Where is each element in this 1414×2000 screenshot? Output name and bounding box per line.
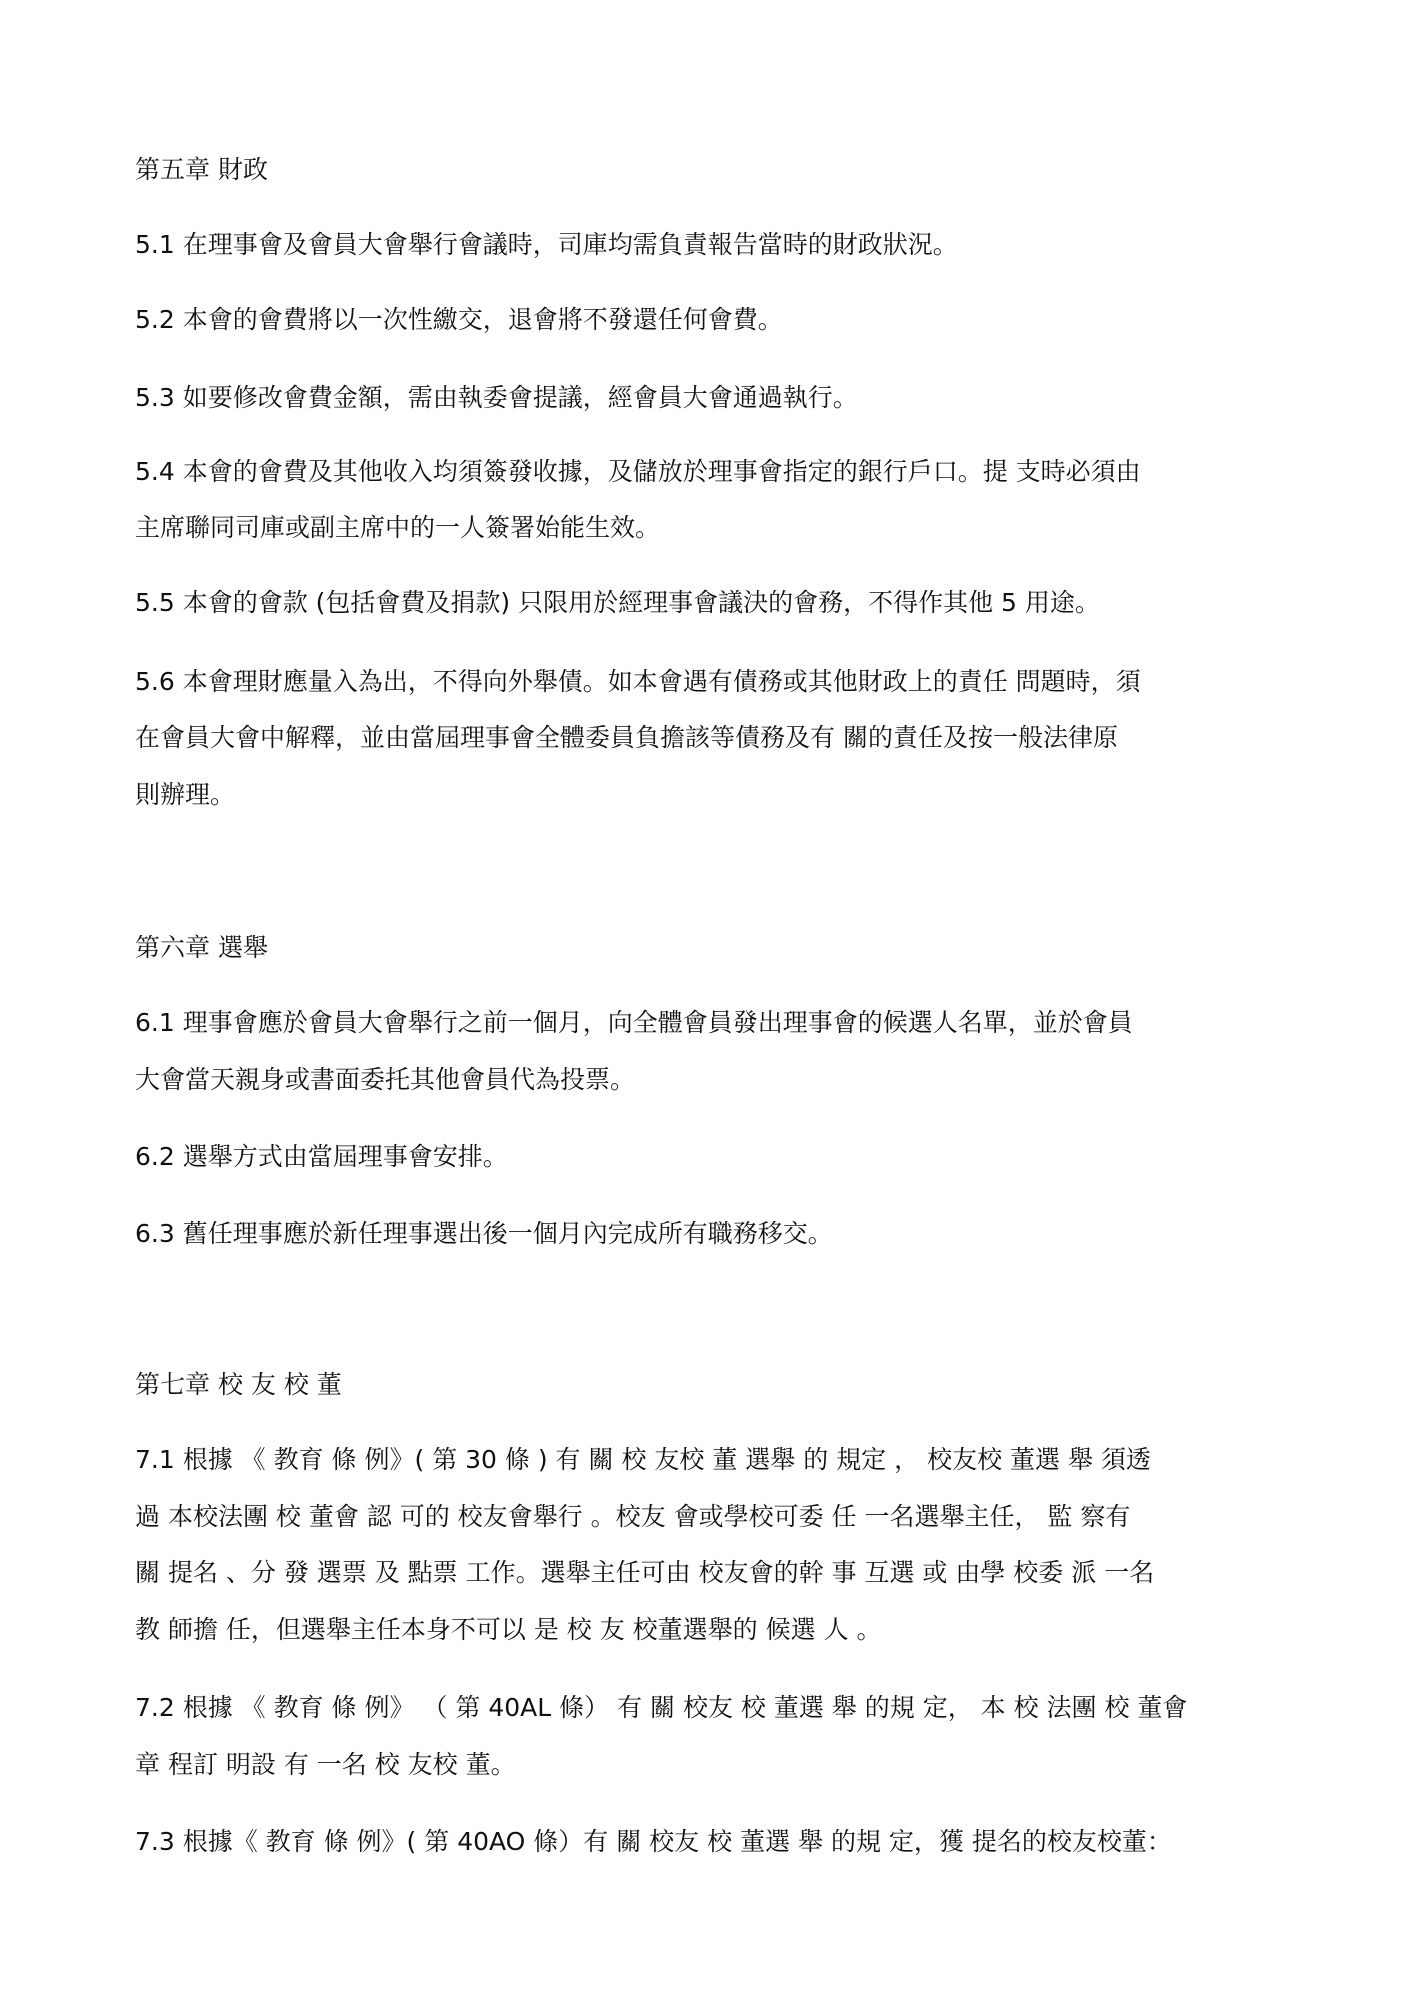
clause-7-1-line-4: 教 師擔 任，但選舉主任本身不可以 是 校 友 校董選舉的 候選 人 。 (135, 1614, 882, 1646)
document-page: 第五章 財政 5.1 在理事會及會員大會舉行會議時，司庫均需負責報告當時的財政狀… (0, 0, 1414, 2000)
clause-6-1-line-2: 大會當天親身或書面委托其他會員代為投票。 (135, 1064, 635, 1096)
clause-5-6-line-1: 5.6 本會理財應量入為出，不得向外舉債。如本會遇有債務或其他財政上的責任 問題… (135, 666, 1141, 698)
clause-7-1-line-1: 7.1 根據 《 教育 條 例》( 第 30 條 ) 有 關 校 友校 董 選舉… (135, 1444, 1151, 1476)
clause-5-6-line-3: 則辦理。 (135, 779, 235, 811)
clause-5-4-line-1: 5.4 本會的會費及其他收入均須簽發收據，及儲放於理事會指定的銀行戶口。提 支時… (135, 456, 1141, 488)
clause-7-1-line-3: 關 提名 、分 發 選票 及 點票 工作。選舉主任可由 校友會的幹 事 互選 或… (135, 1557, 1154, 1589)
chapter-7-title: 第七章 校 友 校 董 (135, 1369, 342, 1401)
clause-7-1-line-2: 過 本校法團 校 董會 認 可的 校友會舉行 。校友 會或學校可委 任 一名選舉… (135, 1501, 1130, 1533)
clause-5-5: 5.5 本會的會款 (包括會費及捐款) 只限用於經理事會議決的會務，不得作其他 … (135, 587, 1100, 619)
clause-5-4-line-2: 主席聯同司庫或副主席中的一人簽署始能生效。 (135, 512, 660, 544)
clause-7-2-line-2: 章 程訂 明設 有 一名 校 友校 董。 (135, 1749, 516, 1781)
clause-6-2: 6.2 選舉方式由當屆理事會安排。 (135, 1141, 508, 1173)
clause-7-2-line-1: 7.2 根據 《 教育 條 例》 （ 第 40AL 條） 有 關 校友 校 董選… (135, 1692, 1187, 1724)
chapter-5-title: 第五章 財政 (135, 154, 268, 186)
clause-5-1: 5.1 在理事會及會員大會舉行會議時，司庫均需負責報告當時的財政狀況。 (135, 229, 958, 261)
clause-5-3: 5.3 如要修改會費金額，需由執委會提議，經會員大會通過執行。 (135, 382, 858, 414)
clause-6-3: 6.3 舊任理事應於新任理事選出後一個月內完成所有職務移交。 (135, 1218, 833, 1250)
clause-5-2: 5.2 本會的會費將以一次性繳交，退會將不發還任何會費。 (135, 304, 783, 336)
clause-6-1-line-1: 6.1 理事會應於會員大會舉行之前一個月，向全體會員發出理事會的候選人名單，並於… (135, 1007, 1133, 1039)
clause-7-3: 7.3 根據《 教育 條 例》( 第 40AO 條）有 關 校友 校 董選 舉 … (135, 1826, 1172, 1858)
chapter-6-title: 第六章 選舉 (135, 932, 268, 964)
clause-5-6-line-2: 在會員大會中解釋，並由當屆理事會全體委員負擔該等債務及有 關的責任及按一般法律原 (135, 722, 1118, 754)
